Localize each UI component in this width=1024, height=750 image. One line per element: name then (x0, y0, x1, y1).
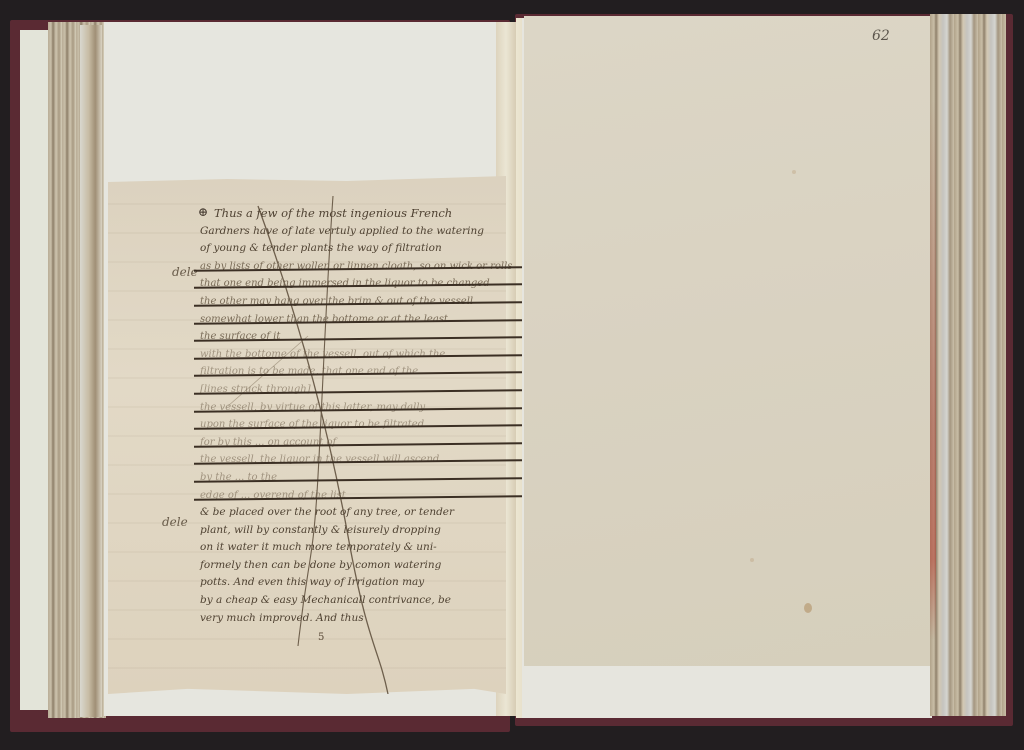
manuscript-text: Thus a few of the most ingenious French … (214, 205, 514, 627)
struck-text-line: the vessell, the liquor in the vessell w… (200, 451, 514, 469)
margin-note-dele: dele (172, 265, 198, 279)
struck-text-line: that one end being immersed in the liquo… (200, 275, 514, 293)
page-edges-left-inner (80, 25, 102, 717)
text-line: potts. And even this way of Irrigation m… (200, 574, 514, 592)
text-line: & be placed over the root of any tree, o… (200, 504, 514, 522)
struck-text-line: by the ... to the (200, 469, 514, 487)
page-edges-right (930, 14, 1006, 716)
red-stain-edge (930, 100, 936, 640)
foxing-stain (804, 603, 812, 613)
struck-text-line: filtration is to be made, that one end o… (200, 363, 514, 381)
text-line: by a cheap & easy Mechanicall contrivanc… (200, 592, 514, 610)
struck-text-line: as by lists of other wollen or linnen cl… (200, 258, 514, 276)
struck-text-line: for by this ... on account of (200, 434, 514, 452)
text-line: very much improved. And thus (200, 610, 514, 628)
folio-number: 62 (872, 28, 890, 44)
struck-text-line: edge of ... overend of the list (200, 487, 514, 505)
margin-note-dele: dele (162, 515, 188, 529)
text-line: of young & tender plants the way of filt… (200, 240, 514, 258)
struck-text-line: somewhat lower than the bottome or at th… (200, 311, 514, 329)
section-mark: ⊕ (198, 205, 208, 219)
text-line: plant, will by constantly & leisurely dr… (200, 522, 514, 540)
struck-text-line: [lines struck through] (200, 381, 514, 399)
foxing-stain (792, 170, 796, 174)
struck-text-line: the vessell, by virtue of this latter, m… (200, 399, 514, 417)
foxing-stain (750, 558, 754, 562)
text-line: Gardners have of late vertuly applied to… (200, 223, 514, 241)
struck-text-line: the other may hang over the brim & out o… (200, 293, 514, 311)
text-line: on it water it much more temporately & u… (200, 539, 514, 557)
struck-text-line: the surface of it (200, 328, 514, 346)
struck-text-line: with the bottome of the vessell, out of … (200, 346, 514, 364)
text-line: formely then can be done by comon wateri… (200, 557, 514, 575)
struck-text-line: upon the surface of the liquor to be fil… (200, 416, 514, 434)
bottom-mark: 5 (318, 632, 324, 643)
blank-leaf-right (524, 16, 930, 666)
text-line: Thus a few of the most ingenious French (214, 205, 514, 223)
